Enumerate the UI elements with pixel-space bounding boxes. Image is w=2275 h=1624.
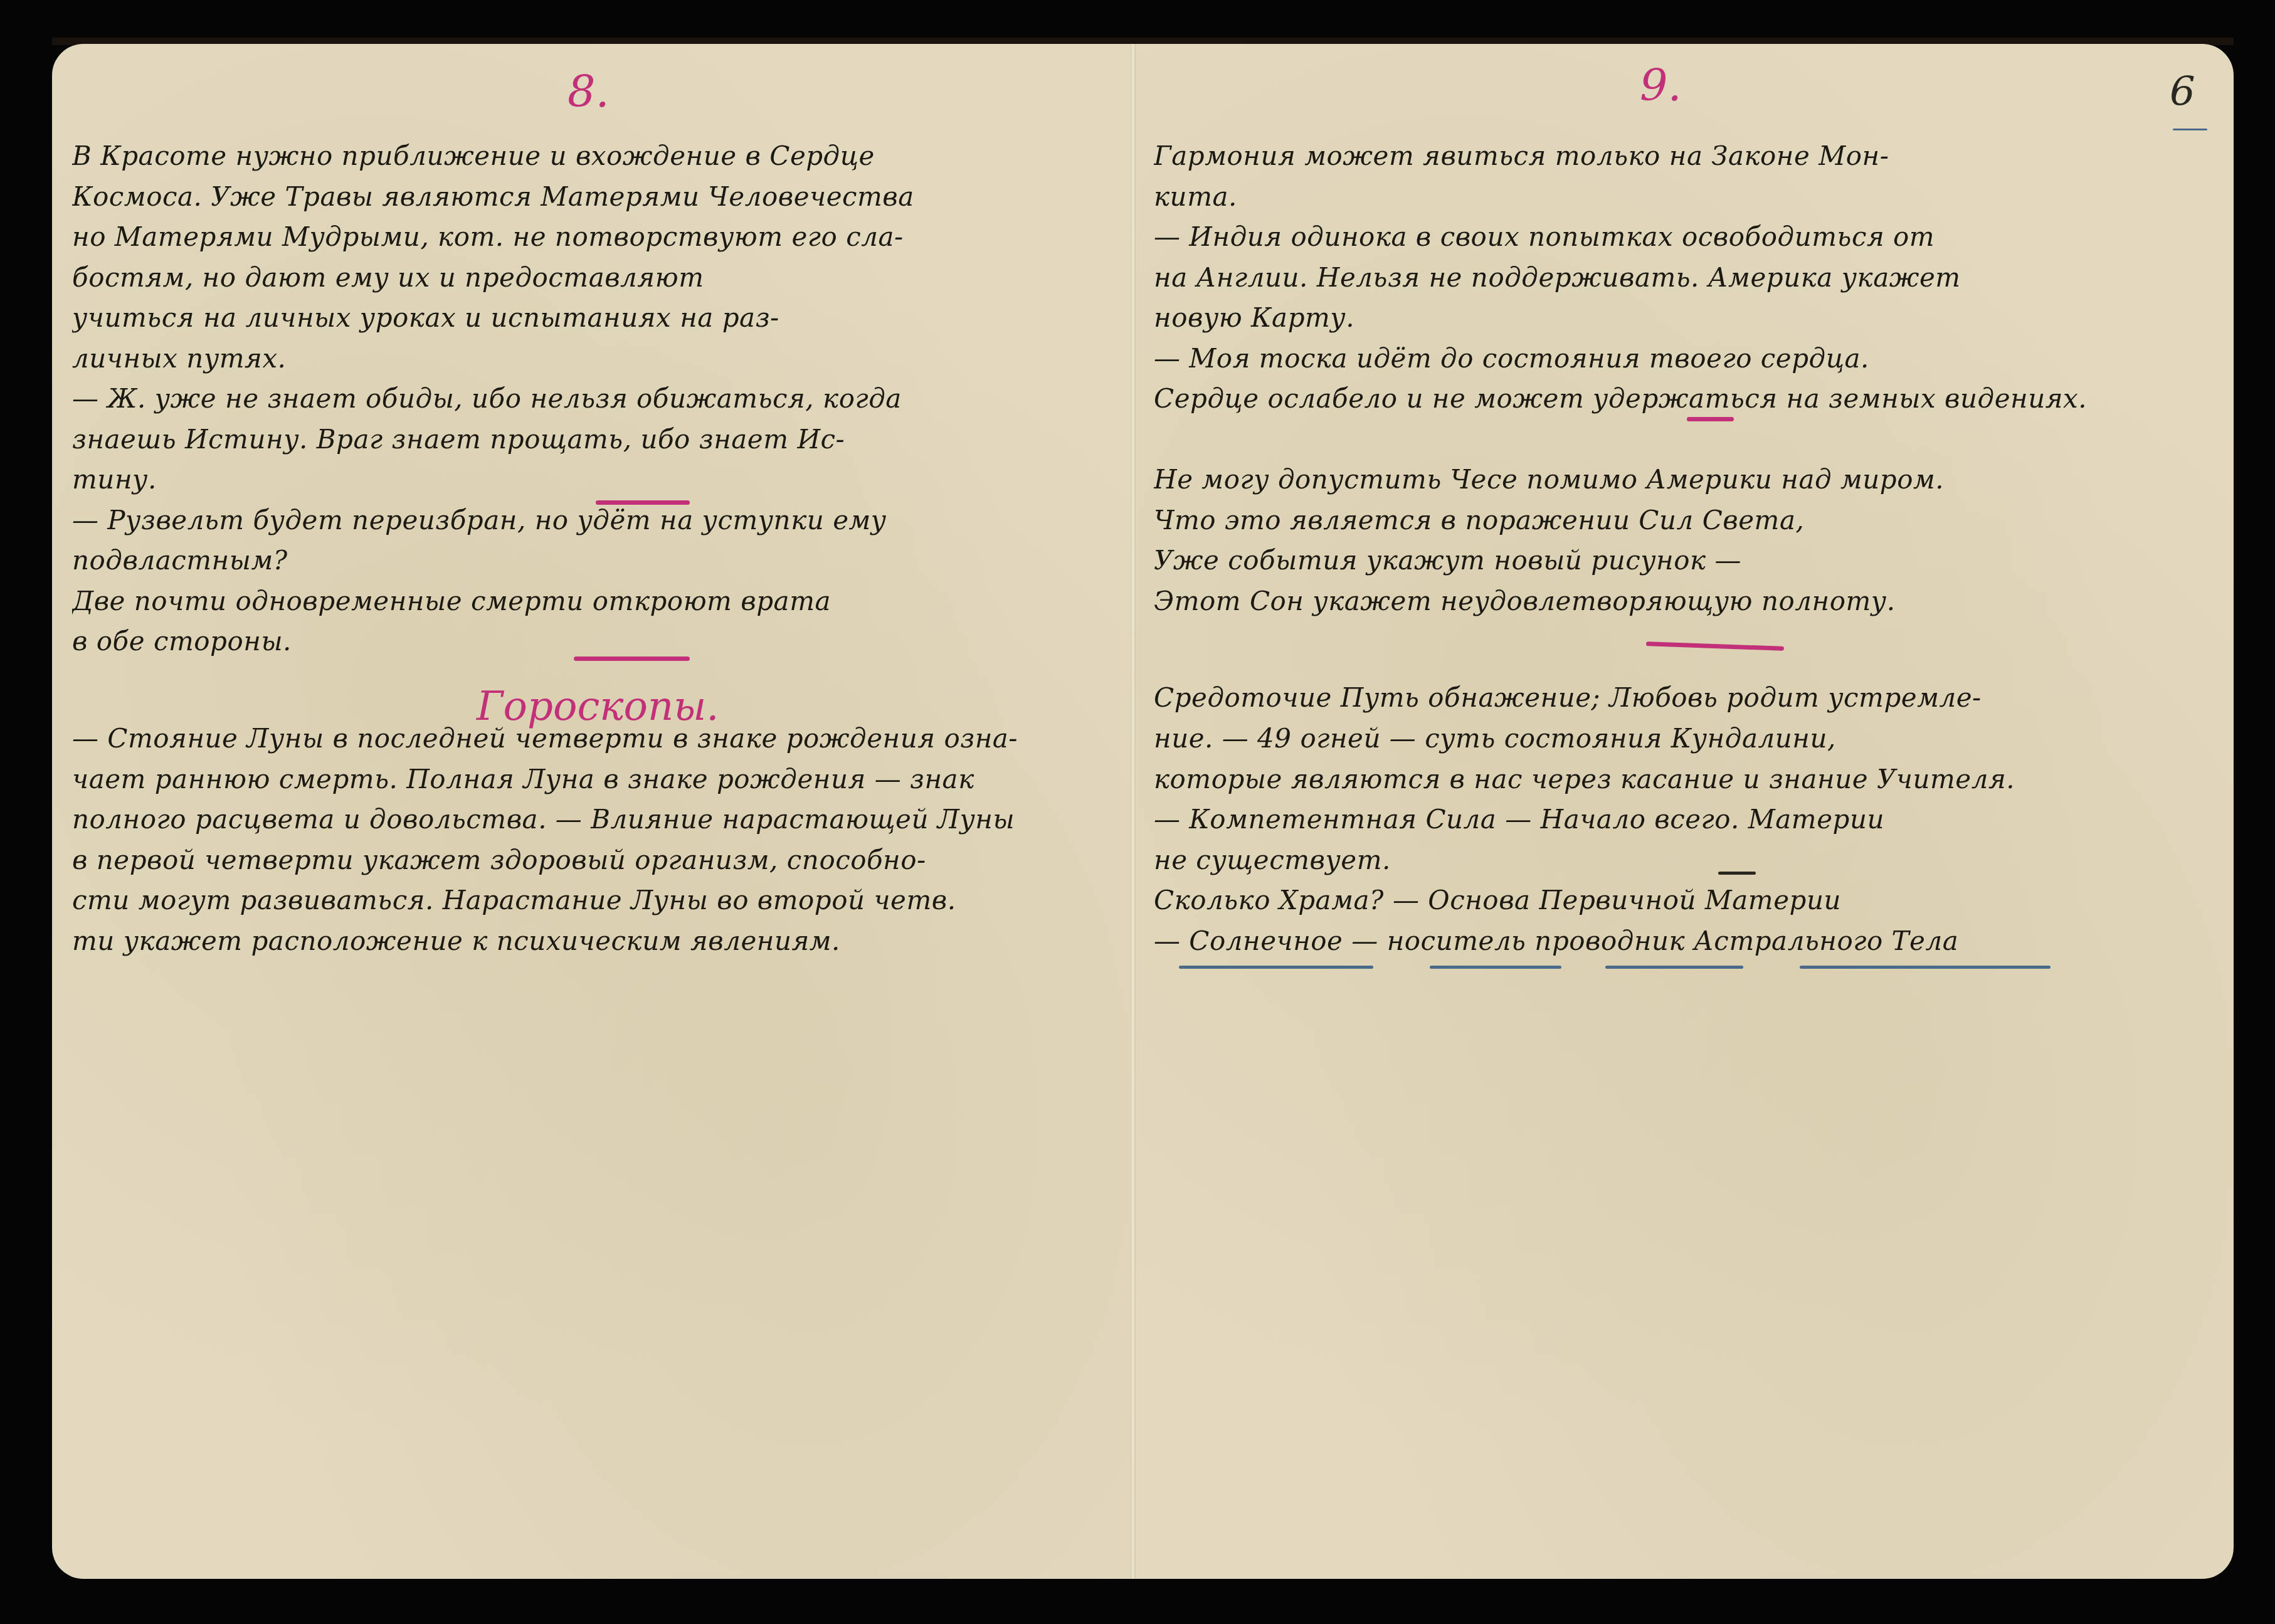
right-line-17: Сколько Храма? — Основа Первичной Матери… <box>1154 880 2214 920</box>
left-line-15: чает раннюю смерть. Полная Луна в знаке … <box>72 759 1126 799</box>
right-line-9: Что это является в поражении Сил Света, <box>1154 500 2214 540</box>
left-line-3: но Матерями Мудрыми, кот. не потворствую… <box>72 217 1126 257</box>
magenta-separator-2 <box>574 656 690 661</box>
left-line-8: знаешь Истину. Враг знает прощать, ибо з… <box>72 419 1126 460</box>
left-line-11: подвластным? <box>72 540 1126 581</box>
left-line-17: в первой четверти укажет здоровый органи… <box>72 840 1126 880</box>
left-line-10: — Рузвельт будет переизбран, но удёт на … <box>72 500 1126 540</box>
left-line-13: в обе стороны. <box>72 621 1126 662</box>
blue-pencil-underline-4 <box>1800 966 2051 969</box>
right-line-2: кита. <box>1154 177 2214 217</box>
right-line-12: Средоточие Путь обнажение; Любовь родит … <box>1154 678 2214 718</box>
left-line-14: — Стояние Луны в последней четверти в зн… <box>72 719 1126 759</box>
ink-separator <box>1718 872 1756 875</box>
right-line-11: Этот Сон укажет неудовлетворяющую полнот… <box>1154 581 2214 621</box>
left-line-7: — Ж. уже не знает обиды, ибо нельзя обиж… <box>72 379 1126 419</box>
right-line-16: не существует. <box>1154 840 2214 880</box>
magenta-separator-3 <box>1687 417 1734 421</box>
page-gutter <box>1131 44 1136 1579</box>
left-line-2: Космоса. Уже Травы являются Матерями Чел… <box>72 177 1126 217</box>
blue-pencil-underline-3 <box>1605 966 1743 969</box>
left-line-9: тину. <box>72 460 1126 500</box>
left-line-6: личных путях. <box>72 339 1126 379</box>
left-line-12: Две почти одновременные смерти откроют в… <box>72 581 1126 621</box>
right-line-18: — Солнечное — носитель проводник Астраль… <box>1154 921 2214 961</box>
right-line-15: — Компетентная Сила — Начало всего. Мате… <box>1154 799 2214 840</box>
right-line-5: новую Карту. <box>1154 298 2214 338</box>
left-line-19: ти укажет расположение к психическим явл… <box>72 921 1126 961</box>
right-line-14: которые являются в нас через касание и з… <box>1154 759 2214 799</box>
left-line-1: В Красоте нужно приближение и вхождение … <box>72 136 1126 176</box>
right-line-8: Не могу допустить Чесе помимо Америки на… <box>1154 460 2214 500</box>
left-line-16: полного расцвета и довольства. — Влияние… <box>72 799 1126 840</box>
left-line-5: учиться на личных уроках и испытаниях на… <box>72 298 1126 338</box>
archive-folio-number: 6 <box>2170 69 2195 115</box>
right-line-4: на Англии. Нельзя не поддерживать. Амери… <box>1154 258 2214 298</box>
right-line-7: Сердце ослабело и не может удержаться на… <box>1154 379 2214 419</box>
right-page-number: 9. <box>1640 60 1682 111</box>
blue-pencil-underline-1 <box>1179 966 1373 969</box>
right-line-10: Уже события укажут новый рисунок — <box>1154 540 2214 581</box>
blue-pencil-underline-2 <box>1430 966 1561 969</box>
right-line-13: ние. — 49 огней — суть состояния Кундали… <box>1154 719 2214 759</box>
right-line-6: — Моя тоска идёт до состояния твоего сер… <box>1154 339 2214 379</box>
left-page-number: 8. <box>567 66 610 117</box>
right-line-1: Гармония может явиться только на Законе … <box>1154 136 2214 176</box>
left-line-18: сти могут развиваться. Нарастание Луны в… <box>72 880 1126 920</box>
right-line-3: — Индия одинока в своих попытках освобод… <box>1154 217 2214 257</box>
left-line-4: бостям, но дают ему их и предоставляют <box>72 258 1126 298</box>
folio-underline <box>2173 129 2207 130</box>
